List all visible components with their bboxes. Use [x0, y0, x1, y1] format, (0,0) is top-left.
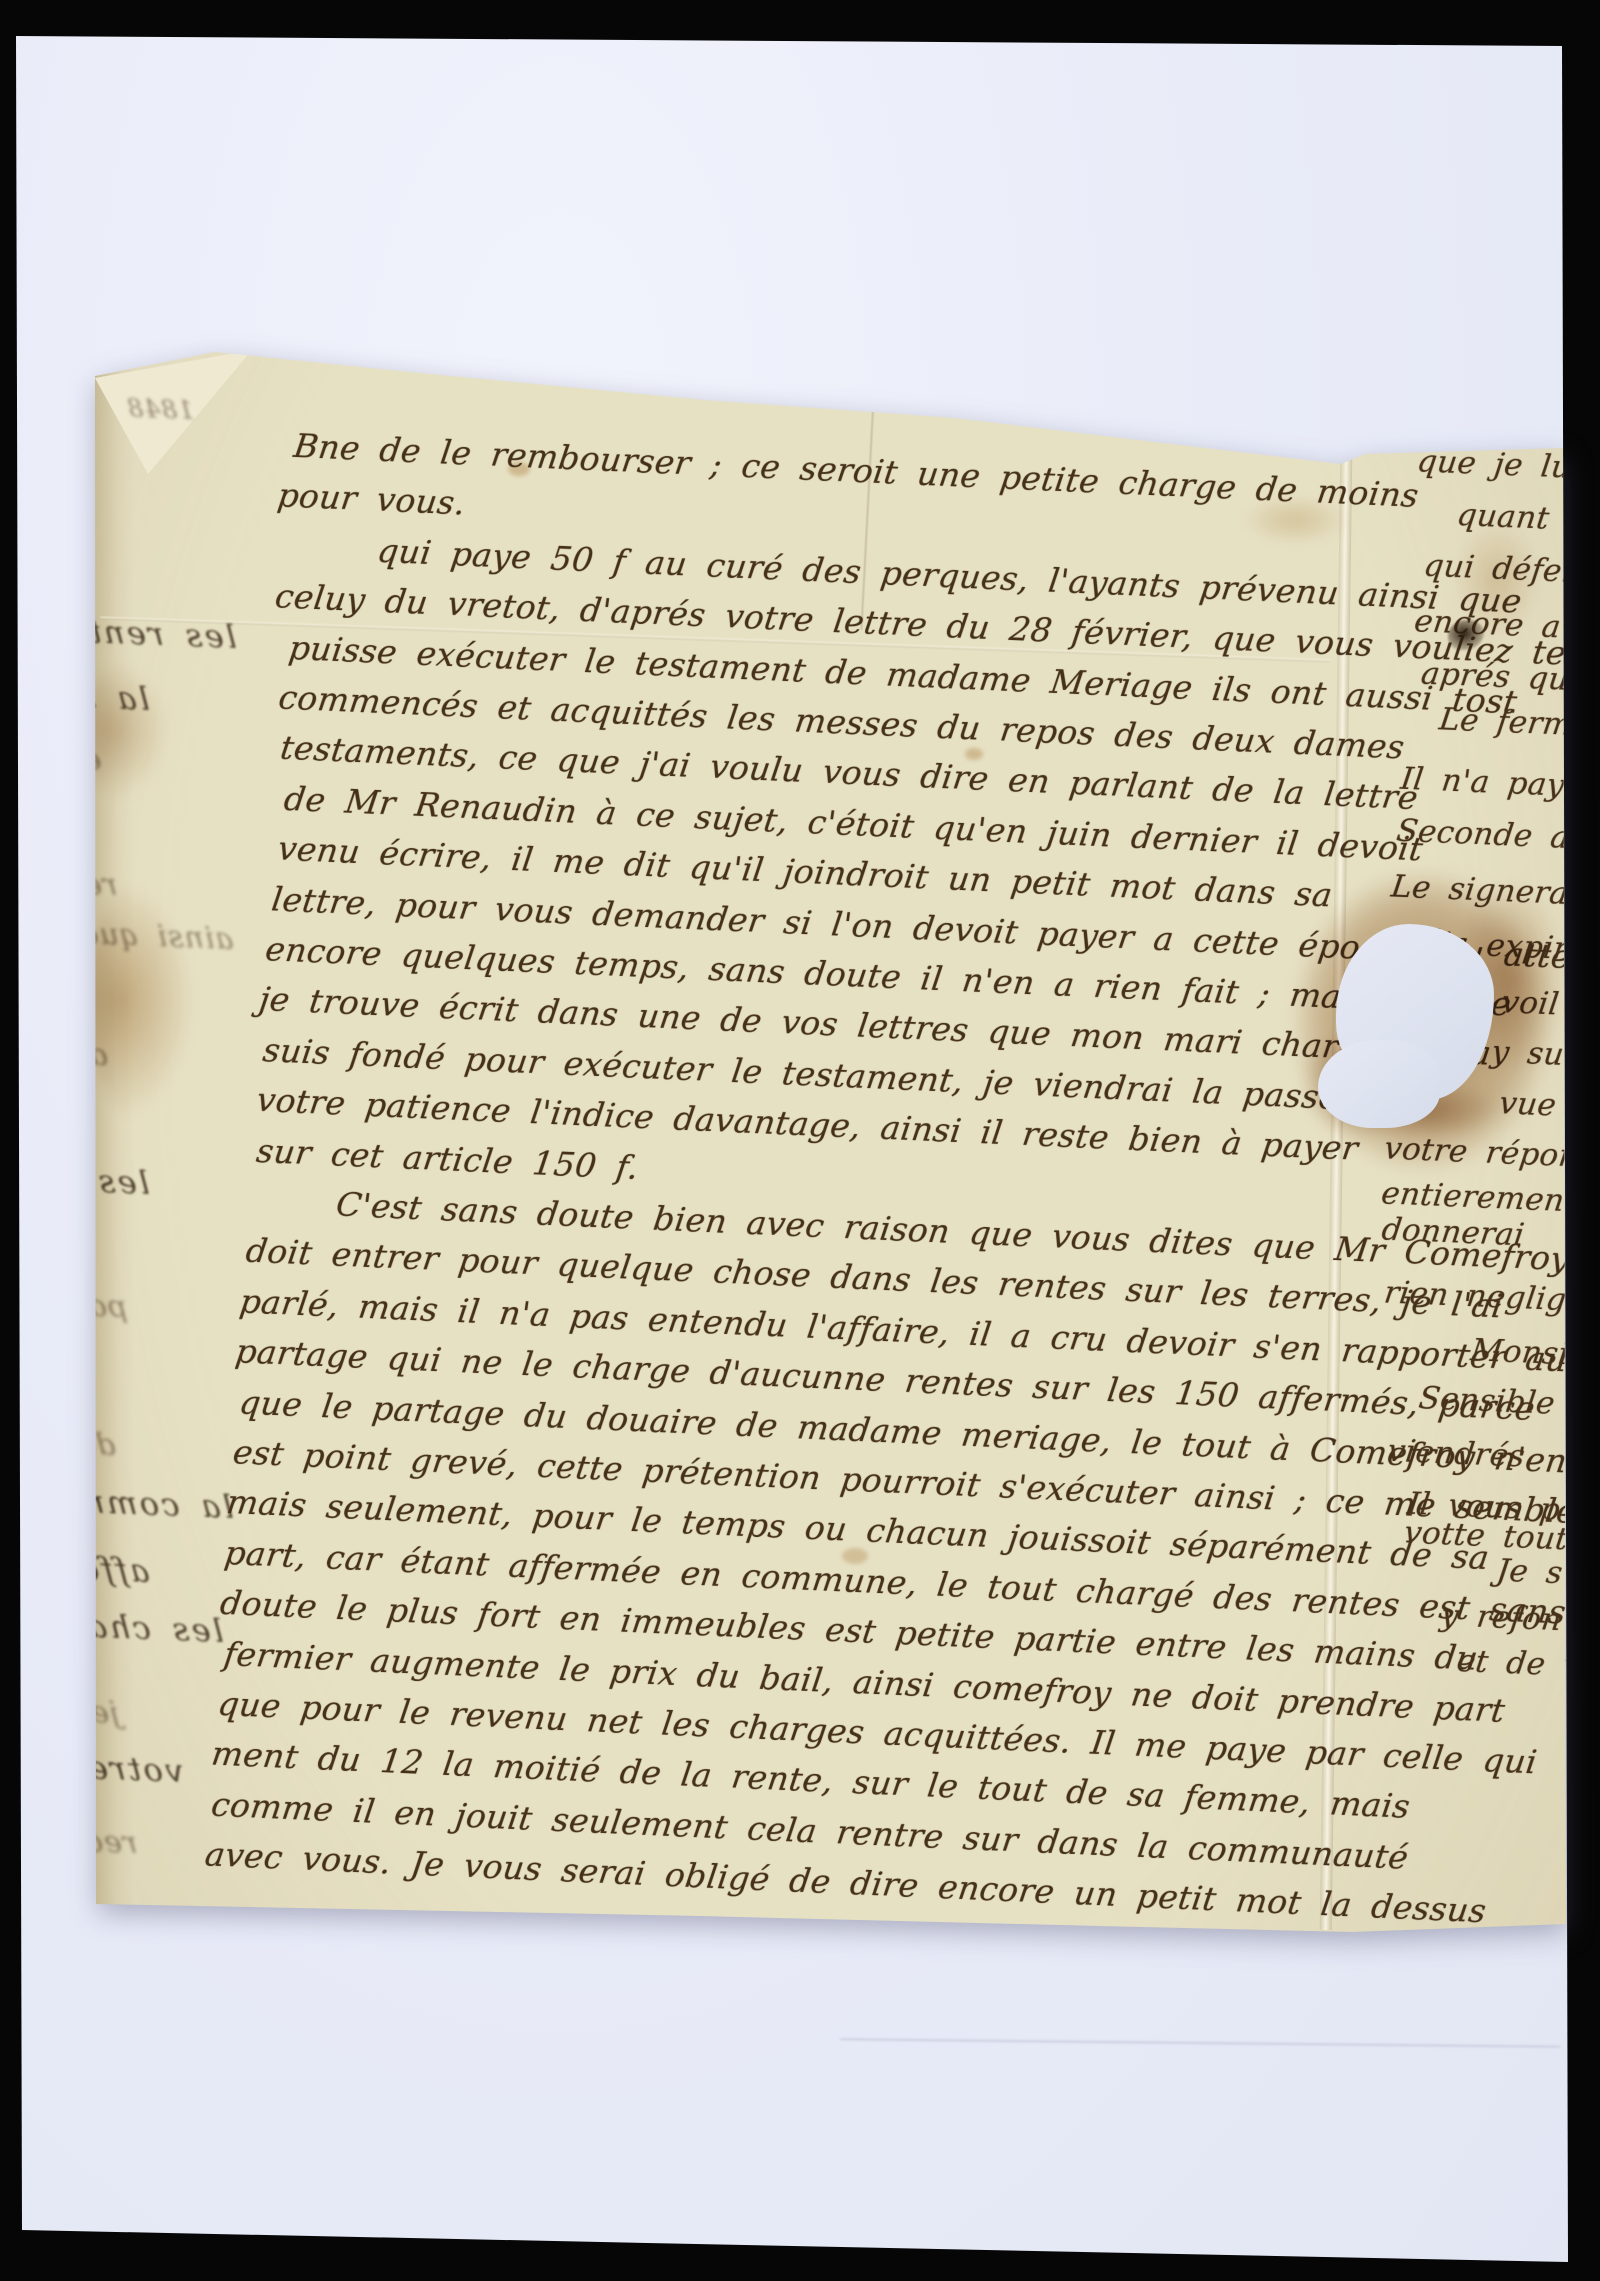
letter-line-fragment: Je s: [1495, 1553, 1565, 1592]
letter-line: sur cet article 150 f.: [254, 1131, 641, 1187]
letter-line-fragment: aprés quoi: [1419, 656, 1600, 699]
foxing-spot: [508, 462, 530, 476]
stain-fold-top: [1240, 495, 1350, 545]
letter-line-fragment: Le fermi: [1437, 701, 1585, 743]
paper-left-edge: [95, 360, 135, 1908]
foxing-spot: [842, 1548, 868, 1564]
letter-paper-wrap: 1848 les rentes du moulin et des terres …: [0, 0, 1600, 2281]
letter-line-fragment: Seconde ann: [1394, 813, 1600, 858]
letter-line-fragment: que je lui: [1415, 443, 1584, 486]
letter-line-fragment: y refon: [1439, 1597, 1564, 1638]
letter-line-fragment: rien negliger: [1382, 1275, 1600, 1320]
foxing-spot: [965, 748, 983, 760]
letter-line-fragment: donnerai: [1380, 1212, 1527, 1254]
verso-showthrough-mark: du vretot: [0, 1032, 108, 1073]
verso-showthrough-mark: de madame: [0, 1421, 116, 1463]
main-text-column: Bne de le rembourser ; ce seroit une pet…: [229, 426, 1344, 1951]
verso-showthrough-mark: recevoir les: [0, 860, 118, 903]
stain-left-edge-large: [86, 880, 196, 1120]
verso-showthrough-mark: votre trés humble serviteur: [0, 1731, 185, 1790]
letter-line-fragment: Monsi: [1469, 1332, 1571, 1372]
letter-paper: 1848 les rentes du moulin et des terres …: [0, 0, 1600, 2281]
letter-line-fragment: viendrés: [1385, 1433, 1527, 1475]
paper-hole-lower: [1318, 1040, 1440, 1128]
letter-line-fragment: Sensible a: [1417, 1380, 1594, 1423]
letter-line-fragment: et de v: [1455, 1643, 1584, 1684]
stain-left-edge-small: [80, 660, 170, 800]
letter-line-fragment: Il n'a payé: [1399, 761, 1586, 804]
verso-showthrough-mark: et des terres: [0, 734, 102, 778]
verso-showthrough-mark: 1848: [125, 393, 195, 425]
letter-line: pour vous.: [275, 475, 468, 522]
